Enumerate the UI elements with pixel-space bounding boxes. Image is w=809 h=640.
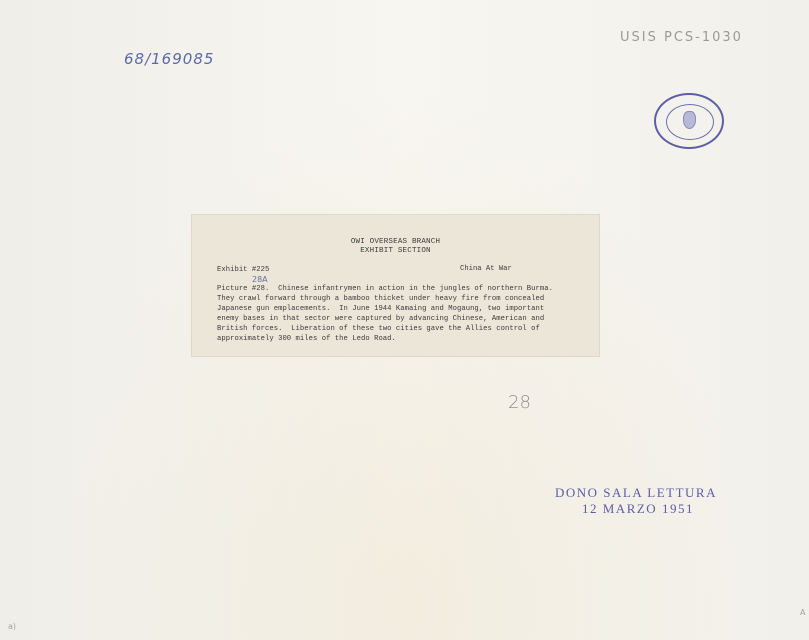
handwritten-inventory-number: 68/169085 xyxy=(124,50,214,68)
library-seal xyxy=(654,93,724,149)
exhibit-number: Exhibit #225 xyxy=(217,266,269,274)
edge-mark-bottom-left: a) xyxy=(8,622,16,631)
caption-line: They crawl forward through a bamboo thic… xyxy=(217,295,544,303)
caption-line: Japanese gun emplacements. In June 1944 … xyxy=(217,305,544,313)
caption-line: approximately 300 miles of the Ledo Road… xyxy=(217,335,396,343)
caption-line: British forces. Liberation of these two … xyxy=(217,325,540,333)
caption-line: enemy bases in that sector were captured… xyxy=(217,315,544,323)
caption-slip: OWI OVERSEAS BRANCH EXHIBIT SECTION Exhi… xyxy=(192,215,599,356)
picture-annotation: 28A xyxy=(252,275,268,284)
donation-stamp: DONO SALA LETTURA 12 MARZO 1951 xyxy=(555,485,717,517)
caption-heading-1: OWI OVERSEAS BRANCH xyxy=(192,238,599,246)
shield-emblem-icon xyxy=(683,111,696,129)
caption-line: Picture #28. Chinese infantrymen in acti… xyxy=(217,285,553,293)
edge-mark-bottom-right: A xyxy=(800,608,805,617)
donation-stamp-line1: DONO SALA LETTURA xyxy=(555,485,717,500)
donation-stamp-line2: 12 MARZO 1951 xyxy=(555,501,717,517)
series-title: China At War xyxy=(460,265,512,273)
pencil-page-number: 28 xyxy=(508,392,531,413)
pencil-reference: USIS PCS-1030 xyxy=(620,30,743,45)
caption-heading-2: EXHIBIT SECTION xyxy=(192,247,599,255)
